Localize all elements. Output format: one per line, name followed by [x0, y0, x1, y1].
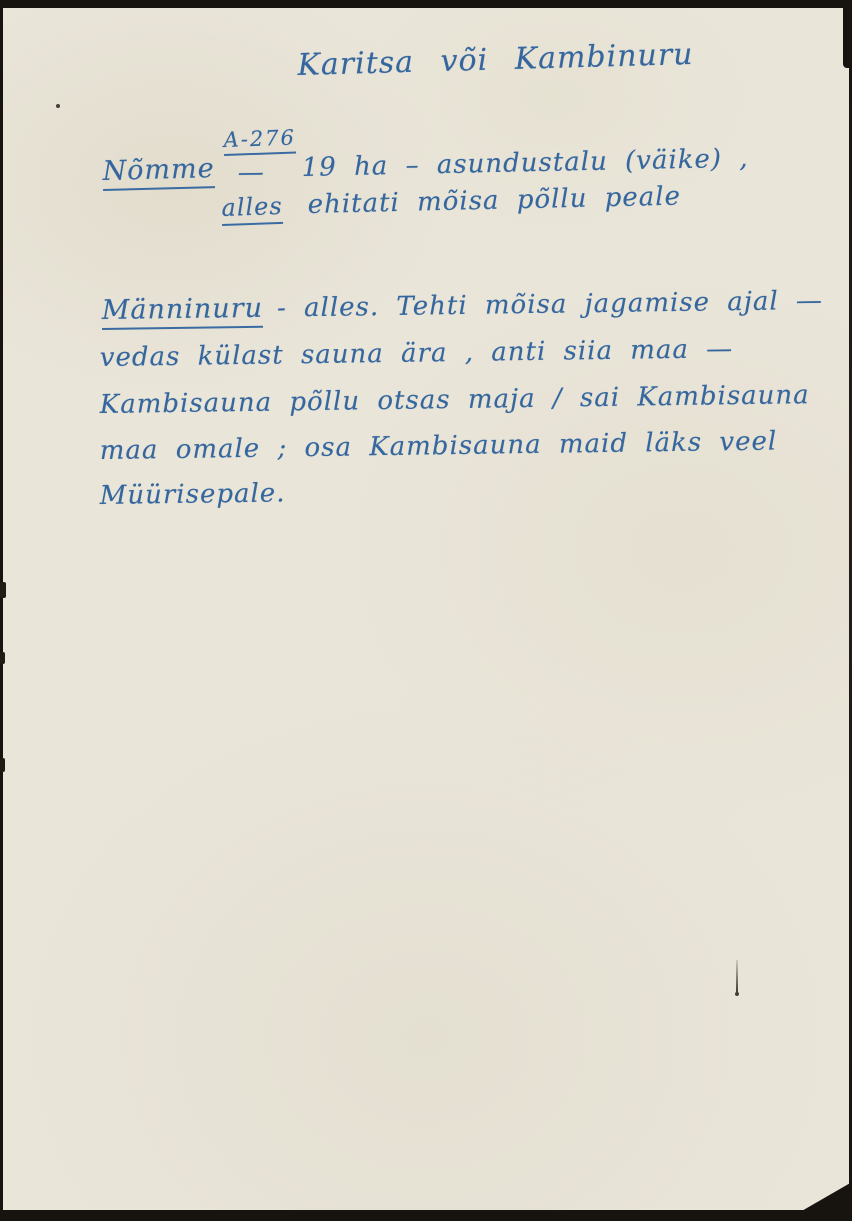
- scan-edge-blob: [0, 652, 5, 664]
- farm-name-manninuru: Männinuru: [102, 293, 264, 330]
- scan-edge-right-top: [843, 0, 852, 68]
- entry1-subnote-text: alles: [221, 192, 283, 226]
- scan-edge-blob: [0, 758, 5, 772]
- entry1-line2: ehitati mõisa põllu peale: [307, 182, 681, 220]
- scanned-page: Karitsa või Kambinuru A-276 Nõmme — 19 h…: [0, 0, 852, 1221]
- entry2-line1: Männinuru- alles. Tehti mõisa jagamise a…: [102, 285, 824, 326]
- entry1-line1: 19 ha – asundustalu (väike) ,: [301, 144, 748, 183]
- entry2-line5: Müürisepale.: [100, 478, 286, 511]
- entry1-subnote: alles: [221, 192, 283, 222]
- entry2-line2: vedas külast sauna ära , anti siia maa —: [100, 334, 734, 373]
- archive-ref: A-276: [223, 125, 296, 152]
- scan-edge-bottom: [0, 1210, 852, 1221]
- farm-name-nomme: Nõmme: [102, 153, 215, 187]
- entry2-line1-rest: - alles. Tehti mõisa jagamise ajal —: [277, 286, 823, 324]
- entry2-line3: Kambisauna põllu otsas maja / sai Kambis…: [100, 380, 810, 420]
- paper-scratch: [736, 960, 738, 994]
- scan-edge-left: [0, 0, 3, 1221]
- paper-speck: [735, 992, 739, 996]
- entry2-line4: maa omale ; osa Kambisauna maid läks vee…: [100, 427, 778, 466]
- scan-corner-fold: [800, 1182, 852, 1212]
- paper-speck: [56, 104, 60, 108]
- scan-edge-top: [0, 0, 852, 8]
- farm-name-nomme-text: Nõmme: [102, 153, 215, 191]
- archive-ref-text: A-276: [223, 125, 296, 156]
- entry1-dash: —: [238, 158, 265, 188]
- scan-edge-blob: [0, 582, 6, 598]
- page-title: Karitsa või Kambinuru: [297, 37, 694, 83]
